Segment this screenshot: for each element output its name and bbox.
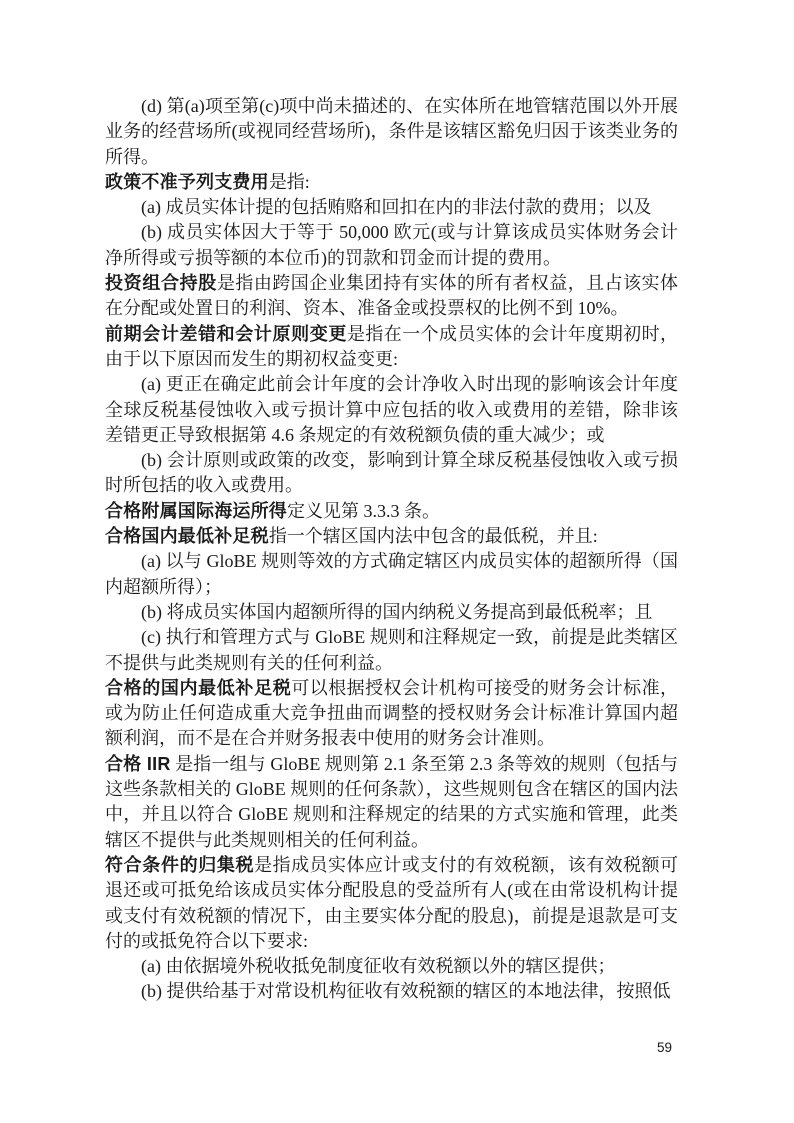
paragraph-text: (b) 成员实体因大于等于 50,000 欧元(或与计算该成员实体财务会计净所得…	[105, 222, 678, 267]
paragraph-text: (b) 将成员实体国内超额所得的国内纳税义务提高到最低税率；且	[141, 602, 653, 622]
paragraph-text: (a) 更正在确定此前会计年度的会计净收入时出现的影响该会计年度全球反税基侵蚀收…	[105, 374, 678, 445]
list-item-a: (a) 由依据境外税收抵免制度征收有效税额以外的辖区提供；	[105, 954, 678, 979]
definition-term: 前期会计差错和会计原则变更	[105, 324, 347, 344]
list-item-b: (b) 会计原则或政策的改变，影响到计算全球反税基侵蚀收入或亏损时所包括的收入或…	[105, 448, 678, 499]
definition-term: 合格的国内最低补足税	[105, 678, 291, 698]
paragraph-text: (b) 会计原则或政策的改变，影响到计算全球反税基侵蚀收入或亏损时所包括的收入或…	[105, 450, 678, 495]
paragraph-text: (a) 成员实体计提的包括贿赂和回扣在内的非法付款的费用；以及	[141, 197, 651, 217]
list-item-a: (a) 更正在确定此前会计年度的会计净收入时出现的影响该会计年度全球反税基侵蚀收…	[105, 372, 678, 448]
paragraph-text: 是指:	[269, 172, 310, 192]
paragraph-text: (c) 执行和管理方式与 GloBE 规则和注释规定一致，前提是此类辖区不提供与…	[105, 627, 678, 672]
list-item-b: (b) 提供给基于对常设机构征收有效税额的辖区的本地法律，按照低	[105, 979, 678, 1004]
definition-paragraph: 前期会计差错和会计原则变更是指在一个成员实体的会计年度期初时，由于以下原因而发生…	[105, 322, 678, 373]
page-number: 59	[105, 1040, 672, 1055]
definition-paragraph: 合格 IIR 是指一组与 GloBE 规则第 2.1 条至第 2.3 条等效的规…	[105, 752, 678, 853]
definition-term: 符合条件的归集税	[105, 855, 254, 875]
list-item-b: (b) 成员实体因大于等于 50,000 欧元(或与计算该成员实体财务会计净所得…	[105, 220, 678, 271]
definition-term: 合格附属国际海运所得	[105, 501, 287, 521]
definition-paragraph: 投资组合持股是指由跨国企业集团持有实体的所有者权益，且占该实体在分配或处置日的利…	[105, 271, 678, 322]
text-column: (d) 第(a)项至第(c)项中尚未描述的、在实体所在地管辖范围以外开展业务的经…	[105, 94, 678, 1005]
paragraph-text: (a) 由依据境外税收抵免制度征收有效税额以外的辖区提供；	[141, 956, 615, 976]
paragraph-text: (d) 第(a)项至第(c)项中尚未描述的、在实体所在地管辖范围以外开展业务的经…	[105, 96, 678, 167]
definition-term: 合格国内最低补足税	[105, 526, 269, 546]
paragraph-text: 指一个辖区国内法中包含的最低税，并且:	[269, 526, 598, 546]
paragraph-text: (b) 提供给基于对常设机构征收有效税额的辖区的本地法律，按照低	[141, 981, 671, 1001]
list-item-b: (b) 将成员实体国内超额所得的国内纳税义务提高到最低税率；且	[105, 600, 678, 625]
definition-paragraph: 政策不准予列支费用是指:	[105, 170, 678, 195]
list-item-c: (c) 执行和管理方式与 GloBE 规则和注释规定一致，前提是此类辖区不提供与…	[105, 625, 678, 676]
document-page: (d) 第(a)项至第(c)项中尚未描述的、在实体所在地管辖范围以外开展业务的经…	[0, 0, 794, 1123]
paragraph-text: 是指一组与 GloBE 规则第 2.1 条至第 2.3 条等效的规则（包括与这些…	[105, 754, 678, 850]
definition-paragraph: 符合条件的归集税是指成员实体应计或支付的有效税额，该有效税额可退还或可抵免给该成…	[105, 853, 678, 954]
list-item-d: (d) 第(a)项至第(c)项中尚未描述的、在实体所在地管辖范围以外开展业务的经…	[105, 94, 678, 170]
definition-term: 合格 IIR	[105, 754, 171, 774]
paragraph-text: 定义见第 3.3.3 条。	[287, 501, 440, 521]
list-item-a: (a) 成员实体计提的包括贿赂和回扣在内的非法付款的费用；以及	[105, 195, 678, 220]
definition-term: 政策不准予列支费用	[105, 172, 269, 192]
paragraph-text: (a) 以与 GloBE 规则等效的方式确定辖区内成员实体的超额所得（国内超额所…	[105, 551, 678, 596]
definition-term: 投资组合持股	[105, 273, 217, 293]
definition-paragraph: 合格的国内最低补足税可以根据授权会计机构可接受的财务会计标准，或为防止任何造成重…	[105, 676, 678, 752]
list-item-a: (a) 以与 GloBE 规则等效的方式确定辖区内成员实体的超额所得（国内超额所…	[105, 549, 678, 600]
definition-paragraph: 合格国内最低补足税指一个辖区国内法中包含的最低税，并且:	[105, 524, 678, 549]
definition-paragraph: 合格附属国际海运所得定义见第 3.3.3 条。	[105, 499, 678, 524]
